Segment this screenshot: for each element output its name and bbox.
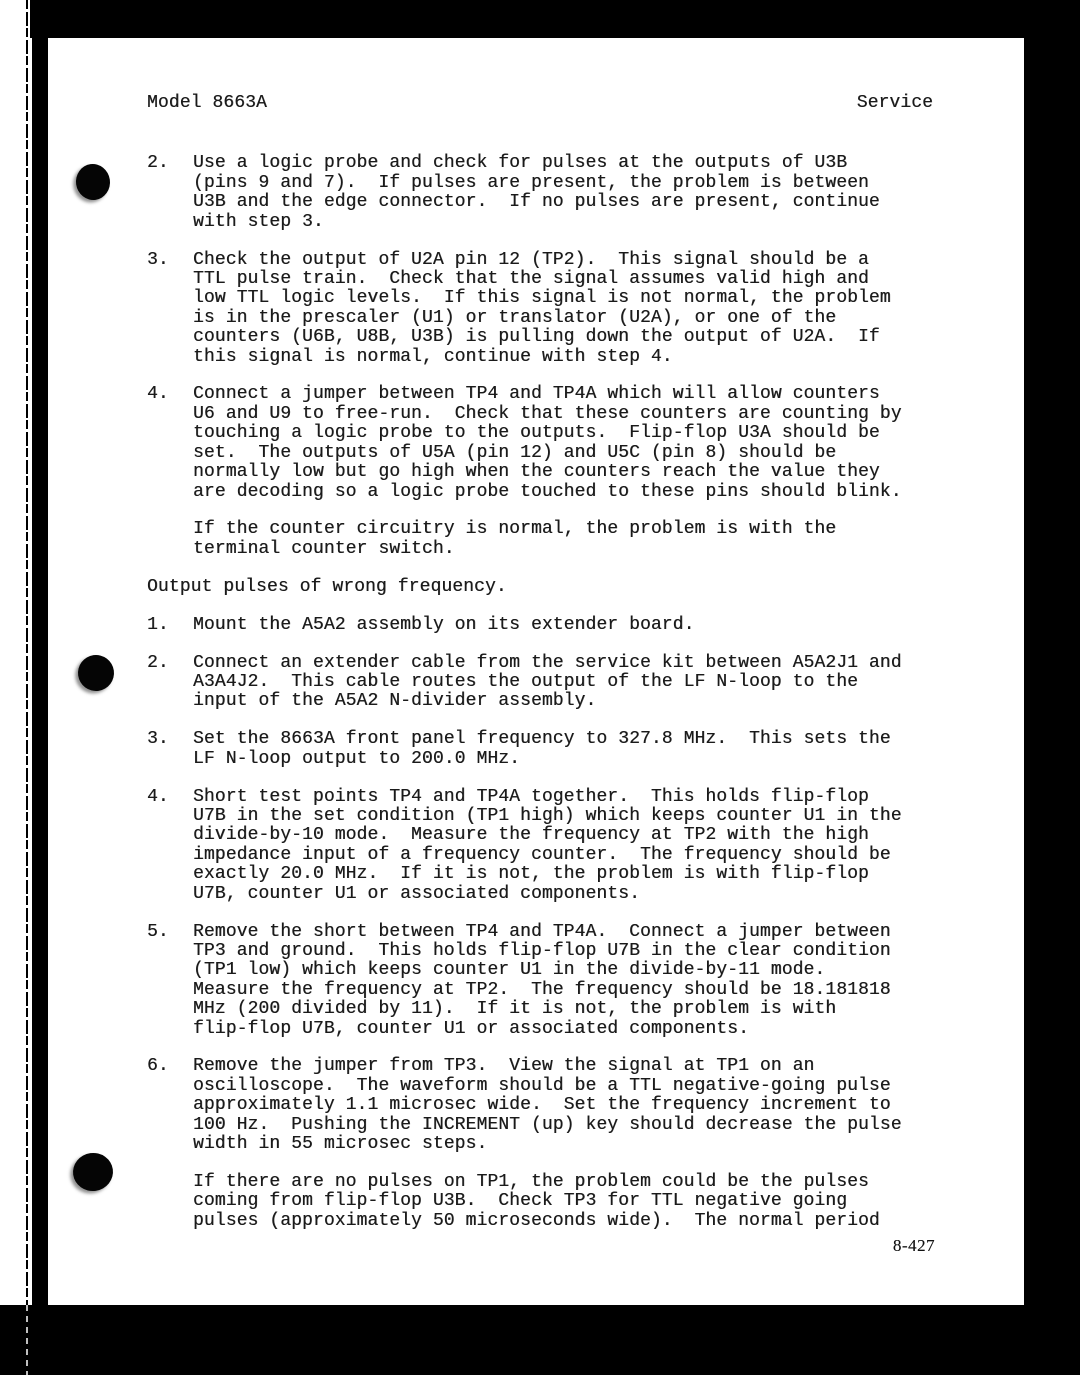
step-number: 3. (147, 730, 193, 769)
step-number: 2. (147, 654, 193, 712)
note-paragraph: If the counter circuitry is normal, the … (193, 520, 947, 559)
punch-hole-mark (71, 1150, 116, 1193)
step-text: Short test points TP4 and TP4A together.… (193, 788, 902, 904)
page-content: Model 8663A Service 2. Use a logic probe… (147, 94, 947, 1231)
scan-edge-dashed-line-bottom (26, 1305, 28, 1375)
step-item: 2. Use a logic probe and check for pulse… (147, 154, 947, 232)
step-number: 2. (147, 154, 193, 232)
step-number: 1. (147, 616, 193, 635)
scan-border-left (32, 0, 48, 1305)
step-text: Connect a jumper between TP4 and TP4A wh… (193, 385, 902, 501)
page-number: 8-427 (893, 1236, 935, 1256)
punch-hole-mark (76, 653, 117, 694)
step-text: Check the output of U2A pin 12 (TP2). Th… (193, 251, 891, 367)
step-number: 5. (147, 923, 193, 1039)
step-item: 5. Remove the short between TP4 and TP4A… (147, 923, 947, 1039)
step-text: Set the 8663A front panel frequency to 3… (193, 730, 891, 769)
note-text: If the counter circuitry is normal, the … (193, 520, 947, 559)
step-text: Connect an extender cable from the servi… (193, 654, 902, 712)
closing-paragraph: If there are no pulses on TP1, the probl… (193, 1173, 947, 1231)
step-item: 3. Check the output of U2A pin 12 (TP2).… (147, 251, 947, 367)
step-text: Remove the jumper from TP3. View the sig… (193, 1057, 902, 1154)
step-number: 6. (147, 1057, 193, 1154)
step-item: 4. Short test points TP4 and TP4A togeth… (147, 788, 947, 904)
subsection-heading: Output pulses of wrong frequency. (147, 578, 947, 597)
page-header: Model 8663A Service (147, 94, 933, 113)
punch-hole-mark (74, 162, 113, 202)
scan-border-top (30, 0, 1080, 38)
step-text: Remove the short between TP4 and TP4A. C… (193, 923, 891, 1039)
document-page: Model 8663A Service 2. Use a logic probe… (48, 38, 1024, 1305)
step-number: 4. (147, 385, 193, 501)
step-item: 6. Remove the jumper from TP3. View the … (147, 1057, 947, 1154)
scan-border-right (1024, 0, 1080, 1375)
scan-edge-dashed-line (26, 0, 28, 1305)
step-text: Use a logic probe and check for pulses a… (193, 154, 880, 232)
step-item: 2. Connect an extender cable from the se… (147, 654, 947, 712)
step-number: 4. (147, 788, 193, 904)
header-section-title: Service (857, 94, 933, 113)
step-text: Mount the A5A2 assembly on its extender … (193, 616, 694, 635)
step-item: 1. Mount the A5A2 assembly on its extend… (147, 616, 947, 635)
header-model-number: Model 8663A (147, 94, 267, 113)
step-item: 4. Connect a jumper between TP4 and TP4A… (147, 385, 947, 501)
scanned-document: Model 8663A Service 2. Use a logic probe… (0, 0, 1080, 1375)
closing-text: If there are no pulses on TP1, the probl… (193, 1173, 947, 1231)
scan-border-bottom (0, 1305, 1080, 1375)
step-item: 3. Set the 8663A front panel frequency t… (147, 730, 947, 769)
step-number: 3. (147, 251, 193, 367)
